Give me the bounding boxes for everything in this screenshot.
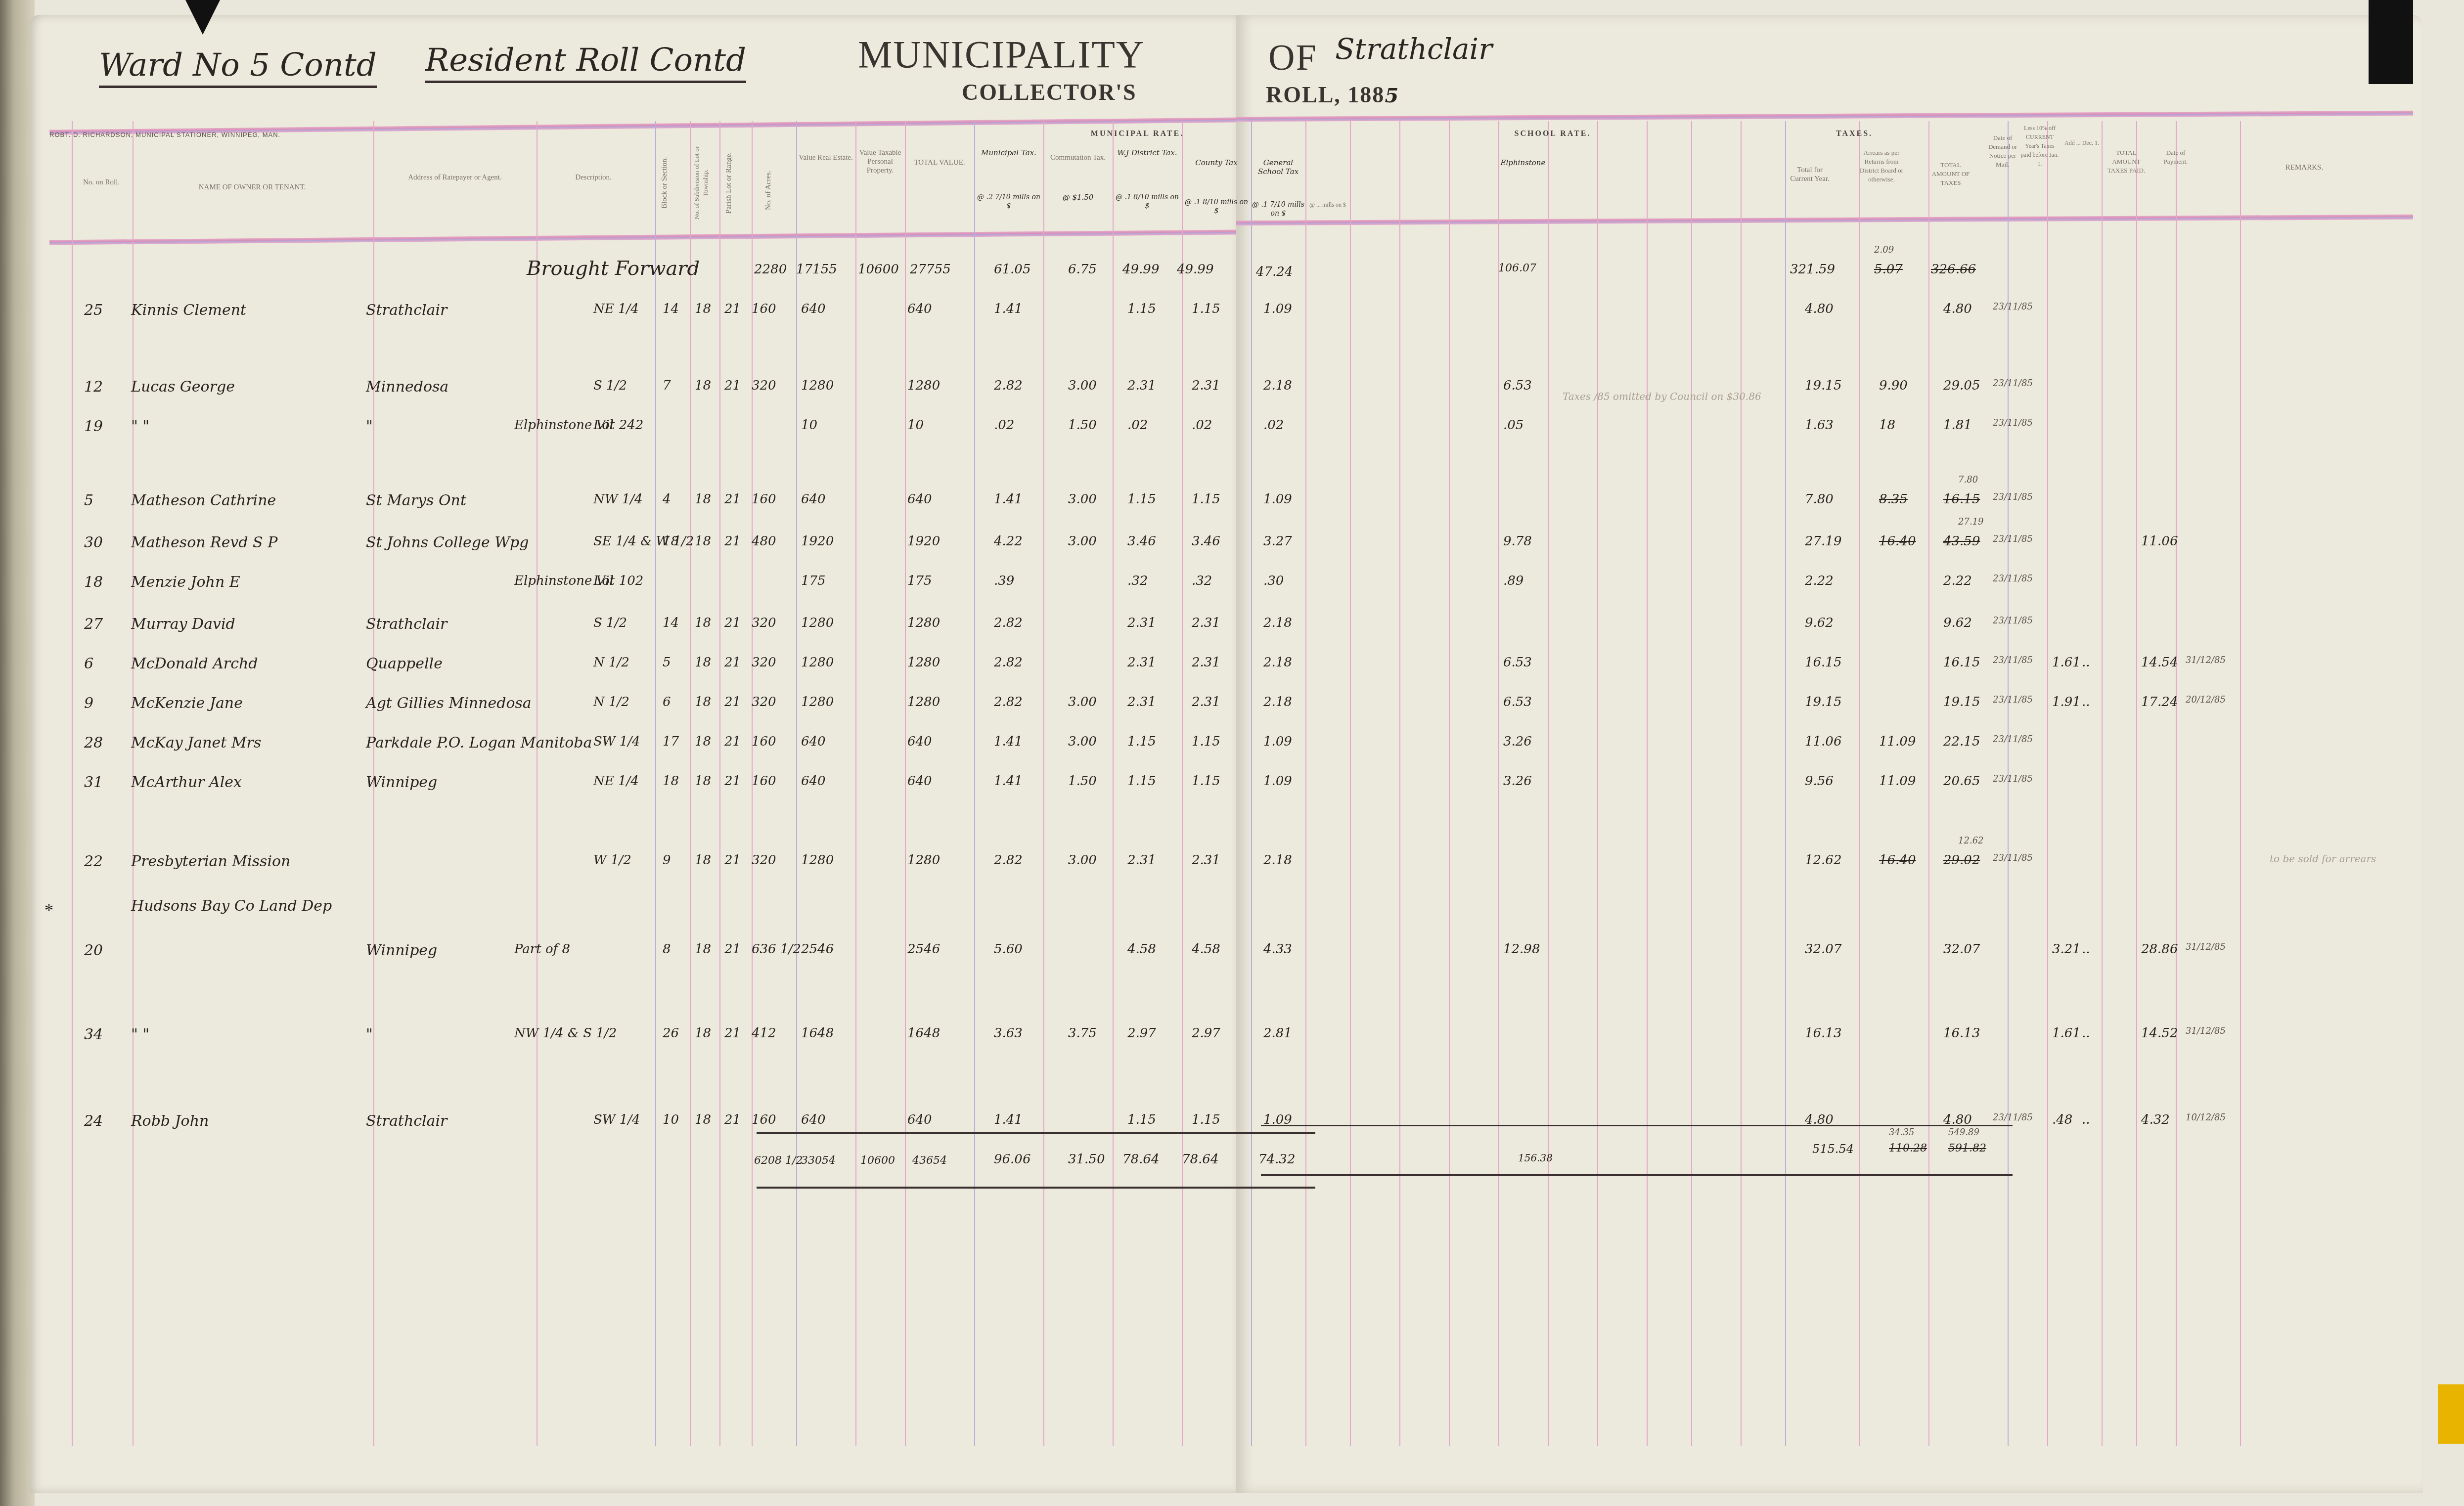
- acres: 320: [752, 655, 776, 670]
- row-number: 6: [84, 655, 93, 672]
- subdivision: 14: [663, 616, 679, 630]
- district-tax: 1.15: [1127, 734, 1156, 749]
- header-municipal-tax-rate: @ .2 7/10 mills on $: [977, 193, 1041, 211]
- header-municipal-rate: MUNICIPAL RATE.: [1038, 130, 1236, 138]
- less-ten-percent: 1.91: [2052, 695, 2081, 709]
- col-line: [72, 121, 73, 1446]
- address: ": [366, 418, 373, 435]
- acres: 636 1/2: [752, 942, 801, 957]
- row-number: 34: [84, 1026, 103, 1043]
- row-number: 12: [84, 378, 103, 396]
- value-real: 175: [801, 574, 826, 588]
- total-current-year: 19.15: [1805, 695, 1841, 709]
- date-of-payment: 20/12/85: [2186, 695, 2226, 705]
- owner-name: McKenzie Jane: [131, 695, 243, 712]
- col-line: [905, 121, 906, 1446]
- address: St Marys Ont: [366, 492, 466, 509]
- col-line: [1350, 121, 1351, 1446]
- district-tax: .02: [1127, 418, 1148, 433]
- row-number: 19: [84, 418, 103, 435]
- value-real: 640: [801, 492, 826, 507]
- owner-name: McDonald Archd: [131, 655, 258, 672]
- county-tax: 2.97: [1192, 1026, 1220, 1041]
- municipal-tax: 2.82: [994, 378, 1023, 393]
- total-amount-correction: 12.62: [1958, 836, 1984, 846]
- total-value-personal: 10600: [860, 1154, 895, 1167]
- header-less-10: Less 10% off CURRENT Year's Taxes paid b…: [2020, 124, 2060, 168]
- municipal-tax: 5.60: [994, 942, 1023, 957]
- range: 21: [724, 1026, 741, 1041]
- commutation-tax: 3.00: [1068, 378, 1097, 393]
- total-current-year: 12.62: [1805, 853, 1841, 868]
- row-number: 20: [84, 942, 103, 959]
- range: 21: [724, 942, 741, 957]
- block: NE 1/4: [593, 774, 639, 789]
- total-current-year: 9.62: [1805, 616, 1834, 630]
- general-school-tax: 2.81: [1263, 1026, 1292, 1041]
- municipal-tax: 4.22: [994, 534, 1023, 549]
- col-line: [2047, 121, 2048, 1446]
- taxes-paid: 14.52: [2141, 1026, 2178, 1041]
- general-school-tax: 2.18: [1263, 695, 1292, 709]
- general-school-tax: 2.18: [1263, 655, 1292, 670]
- total-amount-taxes: 9.62: [1943, 616, 1972, 630]
- col-line: [1305, 121, 1306, 1446]
- county-tax: 4.58: [1192, 942, 1220, 957]
- total-amount-taxes: 43.59: [1943, 534, 1980, 549]
- taxes-paid: 14.54: [2141, 655, 2178, 670]
- of-label: OF: [1268, 37, 1317, 79]
- block: Lot 242: [593, 418, 643, 433]
- header-district-tax: W.J District Tax.: [1115, 148, 1179, 157]
- address: ": [366, 1026, 373, 1043]
- total-current-year: 11.06: [1805, 734, 1841, 749]
- municipal-tax: 1.41: [994, 774, 1023, 789]
- address: Quappelle: [366, 655, 443, 672]
- subdivision: 4: [663, 492, 671, 507]
- value-real: 640: [801, 734, 826, 749]
- row-number: 30: [84, 534, 103, 551]
- total-value: 640: [907, 492, 932, 507]
- value-real: 640: [801, 302, 826, 316]
- county-tax: 2.31: [1192, 853, 1220, 868]
- col-line: [2136, 121, 2137, 1446]
- remarks: to be sold for arrears: [2270, 853, 2376, 865]
- parish: 18: [695, 734, 711, 749]
- header-mills-on: @ ... mills on $: [1305, 200, 1350, 209]
- district-tax: 3.46: [1127, 534, 1156, 549]
- header-total-value: TOTAL VALUE.: [910, 158, 969, 167]
- total-elphinstone: 156.38: [1518, 1152, 1553, 1164]
- range: 21: [724, 853, 741, 868]
- range: 21: [724, 302, 741, 316]
- parish: 18: [695, 378, 711, 393]
- date-of-demand: 23/11/85: [1993, 616, 2033, 626]
- col-line: [1691, 121, 1692, 1446]
- district-tax: 2.97: [1127, 1026, 1156, 1041]
- county-tax: 2.31: [1192, 655, 1220, 670]
- total-value: 640: [907, 1112, 932, 1127]
- total-value: 1280: [907, 695, 940, 709]
- total-arrears-correction: 34.35: [1889, 1127, 1915, 1138]
- add-column: ..: [2082, 1112, 2090, 1127]
- block: Lot 102: [593, 574, 643, 588]
- date-of-demand: 23/11/85: [1993, 695, 2033, 705]
- owner-name: Murray David: [131, 616, 235, 633]
- col-line: [1647, 121, 1648, 1446]
- col-line: [1548, 121, 1549, 1446]
- arrears: 16.40: [1879, 853, 1916, 868]
- range: 21: [724, 655, 741, 670]
- col-line: [1859, 121, 1860, 1446]
- total-commutation-tax: 31.50: [1068, 1152, 1105, 1167]
- county-tax: 3.46: [1192, 534, 1220, 549]
- total-value: 1280: [907, 378, 940, 393]
- range: 21: [724, 616, 741, 630]
- less-ten-percent: 1.61: [2052, 655, 2081, 670]
- binder-clip-right: [2369, 0, 2413, 84]
- value-real: 640: [801, 1112, 826, 1127]
- address: Agt Gillies Minnedosa: [366, 695, 532, 712]
- header-school-rate: SCHOOL RATE.: [1454, 130, 1652, 138]
- subdivision: 7: [663, 378, 671, 393]
- acres: 320: [752, 695, 776, 709]
- district-tax: 1.15: [1127, 492, 1156, 507]
- header-taxes: TAXES.: [1790, 130, 1919, 138]
- header-municipal-tax: Municipal Tax.: [977, 148, 1041, 157]
- header-no-on-roll: No. on Roll.: [82, 178, 121, 187]
- county-tax: 2.31: [1192, 616, 1220, 630]
- subdivision: 8: [663, 942, 671, 957]
- row-number: 24: [84, 1112, 103, 1130]
- total-amount-taxes: 16.15: [1943, 655, 1980, 670]
- total-amount-taxes: 2.22: [1943, 574, 1972, 588]
- block: SW 1/4: [593, 1112, 640, 1127]
- address: St Johns College Wpg: [366, 534, 529, 551]
- value-real: 1280: [801, 655, 834, 670]
- row-number: 9: [84, 695, 93, 712]
- owner-name: Matheson Cathrine: [131, 492, 276, 509]
- total-acres: 6208 1/2: [754, 1154, 803, 1167]
- range: 21: [724, 734, 741, 749]
- total-value-real: 33054: [801, 1154, 836, 1167]
- municipal-tax: 3.63: [994, 1026, 1023, 1041]
- row-number: 25: [84, 302, 103, 319]
- taxes-paid: 17.24: [2141, 695, 2178, 709]
- address: Parkdale P.O. Logan Manitoba: [366, 734, 592, 752]
- municipal-tax: 2.82: [994, 853, 1023, 868]
- totals-rule-bottom: [757, 1187, 1315, 1189]
- county-tax: 1.15: [1192, 734, 1220, 749]
- commutation-tax: 3.00: [1068, 734, 1097, 749]
- general-school-tax: 4.33: [1263, 942, 1292, 957]
- col-line: [2176, 121, 2177, 1446]
- description: Part of 8: [514, 942, 570, 957]
- total-value: 640: [907, 774, 932, 789]
- county-tax: 1.15: [1192, 1112, 1220, 1127]
- totals-rule-top-right: [1261, 1125, 2013, 1126]
- general-school-tax: 2.18: [1263, 378, 1292, 393]
- less-ten-percent: 3.21: [2052, 942, 2081, 957]
- col-line: [719, 121, 720, 1446]
- commutation-tax: 3.75: [1068, 1026, 1097, 1041]
- owner-name: Kinnis Clement: [131, 302, 246, 319]
- acres: 320: [752, 378, 776, 393]
- municipal-tax: 2.82: [994, 695, 1023, 709]
- general-school-tax: 1.09: [1263, 492, 1292, 507]
- bf-total-value: 27755: [910, 262, 951, 277]
- col-line: [1113, 121, 1114, 1446]
- municipal-tax: 2.82: [994, 655, 1023, 670]
- total-current-year: 2.22: [1805, 574, 1834, 588]
- owner-name: Robb John: [131, 1112, 209, 1130]
- row-number: 5: [84, 492, 93, 509]
- subdivision: 5: [663, 655, 671, 670]
- arrears: 16.40: [1879, 534, 1916, 549]
- total-amount-taxes: 29.02: [1943, 853, 1980, 868]
- address: Strathclair: [366, 1112, 447, 1130]
- district-tax: 1.15: [1127, 1112, 1156, 1127]
- district-tax: .32: [1127, 574, 1148, 588]
- col-line: [2240, 121, 2241, 1446]
- total-amount-taxes: 20.65: [1943, 774, 1980, 789]
- total-district-tax: 78.64: [1122, 1152, 1159, 1167]
- bf-total-amount-taxes: 326.66: [1931, 262, 1976, 277]
- bf-arrears-correction: 2.09: [1874, 245, 1894, 255]
- taxes-paid: 4.32: [2141, 1112, 2170, 1127]
- date-of-payment: 31/12/85: [2186, 1026, 2226, 1036]
- range: 21: [724, 774, 741, 789]
- county-tax: 2.31: [1192, 695, 1220, 709]
- total-value: 1648: [907, 1026, 940, 1041]
- roll-label: ROLL, 1885: [1266, 82, 1399, 108]
- date-of-demand: 23/11/85: [1993, 655, 2033, 665]
- parish: 18: [695, 942, 711, 957]
- header-remarks: REMARKS.: [2265, 163, 2344, 172]
- acres: 160: [752, 774, 776, 789]
- address: Strathclair: [366, 616, 447, 633]
- owner-name: " ": [131, 1026, 149, 1043]
- total-value: 1280: [907, 616, 940, 630]
- total-amount-taxes: 19.15: [1943, 695, 1980, 709]
- col-line: [1251, 121, 1252, 1446]
- elphinstone: 3.26: [1503, 774, 1532, 789]
- general-school-tax: .30: [1263, 574, 1284, 588]
- total-amount-taxes: 16.15: [1943, 492, 1980, 507]
- county-tax: 1.15: [1192, 774, 1220, 789]
- header-name: NAME OF OWNER OR TENANT.: [148, 183, 356, 192]
- block: NE 1/4: [593, 302, 639, 316]
- header-date-of-demand: Date of Demand or Notice per Mail.: [1988, 133, 2017, 169]
- bf-total-current-year: 321.59: [1790, 262, 1835, 277]
- header-total-current-year: Total for Current Year.: [1788, 166, 1832, 183]
- parish: 18: [695, 1026, 711, 1041]
- address: Strathclair: [366, 302, 447, 319]
- date-of-payment: 31/12/85: [2186, 942, 2226, 952]
- total-current-year: 16.15: [1805, 655, 1841, 670]
- description: NW 1/4 & S 1/2: [514, 1026, 617, 1041]
- range: 21: [724, 492, 741, 507]
- yellow-tab: [2438, 1384, 2464, 1444]
- acres: 160: [752, 492, 776, 507]
- district-tax: 2.31: [1127, 853, 1156, 868]
- total-amount-taxes: 16.13: [1943, 1026, 1980, 1041]
- arrears: 11.09: [1879, 774, 1916, 789]
- district-tax: 2.31: [1127, 655, 1156, 670]
- header-commutation-tax-rate: @ $1.50: [1046, 193, 1110, 202]
- total-amount-taxes: 591.82: [1948, 1142, 1986, 1154]
- range: 21: [724, 695, 741, 709]
- col-line: [1741, 121, 1742, 1446]
- bf-commutation-tax: 6.75: [1068, 262, 1097, 277]
- acres: 480: [752, 534, 776, 549]
- acres: 320: [752, 853, 776, 868]
- parish: 18: [695, 492, 711, 507]
- header-commutation-tax: Commutation Tax.: [1046, 153, 1110, 162]
- elphinstone: 6.53: [1503, 695, 1532, 709]
- bf-value-real: 17155: [796, 262, 837, 277]
- municipal-tax: .02: [994, 418, 1014, 433]
- header-date-of-payment: Date of Payment.: [2161, 148, 2191, 166]
- total-current-year: 515.54: [1812, 1142, 1854, 1156]
- district-tax: 2.31: [1127, 378, 1156, 393]
- subdivision: 26: [663, 1026, 679, 1041]
- parish: 18: [695, 534, 711, 549]
- municipal-tax: .39: [994, 574, 1014, 588]
- owner-name: Menzie John E: [131, 574, 240, 591]
- total-amount-taxes: 29.05: [1943, 378, 1980, 393]
- commutation-tax: 3.00: [1068, 492, 1097, 507]
- value-real: 1648: [801, 1026, 834, 1041]
- owner-name: Lucas George: [131, 378, 235, 396]
- bf-elphinstone: 106.07: [1498, 262, 1536, 274]
- address: Winnipeg: [366, 942, 437, 959]
- total-municipal-tax: 96.06: [994, 1152, 1030, 1167]
- date-of-payment: 31/12/85: [2186, 655, 2226, 665]
- total-amount-taxes: 22.15: [1943, 734, 1980, 749]
- header-description: Description.: [544, 173, 643, 182]
- commutation-tax: 3.00: [1068, 853, 1097, 868]
- header-total-taxes-paid: TOTAL AMOUNT TAXES PAID.: [2104, 148, 2149, 175]
- total-value: 1280: [907, 853, 940, 868]
- parish: 18: [695, 695, 711, 709]
- general-school-tax: 2.18: [1263, 853, 1292, 868]
- stationer-imprint: ROBT. D. RICHARDSON, MUNICIPAL STATIONER…: [49, 131, 280, 138]
- arrears: 18: [1879, 418, 1895, 433]
- total-current-year: 4.80: [1805, 302, 1834, 316]
- owner-name: Hudsons Bay Co Land Dep: [131, 897, 332, 915]
- elphinstone: 6.53: [1503, 655, 1532, 670]
- value-real: 1280: [801, 616, 834, 630]
- district-tax: 1.15: [1127, 302, 1156, 316]
- subdivision: 18: [663, 534, 679, 549]
- header-address: Address of Ratepayer or Agent.: [381, 173, 529, 182]
- block: N 1/2: [593, 655, 629, 670]
- col-line: [1597, 121, 1598, 1446]
- col-line: [1498, 121, 1499, 1446]
- taxes-paid: 28.86: [2141, 942, 2178, 957]
- subdivision: 10: [663, 1112, 679, 1127]
- date-of-demand: 23/11/85: [1993, 378, 2033, 389]
- header-parish-lot: Parish Lot or Range.: [724, 141, 733, 225]
- address: Winnipeg: [366, 774, 437, 791]
- col-line: [2102, 121, 2103, 1446]
- elphinstone: 6.53: [1503, 378, 1532, 393]
- subdivision: 14: [663, 302, 679, 316]
- owner-name: Matheson Revd S P: [131, 534, 277, 551]
- district-tax: 1.15: [1127, 774, 1156, 789]
- roll-label-text: ROLL, 188: [1266, 82, 1385, 107]
- municipal-tax: 1.41: [994, 1112, 1023, 1127]
- owner-name: McKay Janet Mrs: [131, 734, 261, 752]
- arrears: 11.09: [1879, 734, 1916, 749]
- col-line: [1399, 121, 1400, 1446]
- date-of-demand: 23/11/85: [1993, 1112, 2033, 1123]
- general-school-tax: 1.09: [1263, 734, 1292, 749]
- total-general-school-tax: 74.32: [1258, 1152, 1295, 1167]
- right-page: [1236, 15, 2423, 1493]
- total-value: 1280: [907, 655, 940, 670]
- add-column: ..: [2082, 1026, 2090, 1041]
- date-of-demand: 23/11/85: [1993, 534, 2033, 544]
- value-real: 1280: [801, 853, 834, 868]
- col-line: [1182, 121, 1183, 1446]
- municipal-tax: 1.41: [994, 302, 1023, 316]
- elphinstone: .89: [1503, 574, 1523, 588]
- parish: 18: [695, 616, 711, 630]
- col-line: [796, 121, 797, 1446]
- parish: 18: [695, 302, 711, 316]
- faint-note-lucas: Taxes /85 omitted by Council on $30.86: [1563, 391, 1761, 402]
- col-line: [1785, 121, 1786, 1446]
- owner-name: McArthur Alex: [131, 774, 242, 791]
- date-of-demand: 23/11/85: [1993, 492, 2033, 502]
- row-number: 22: [84, 853, 103, 870]
- municipal-tax: 2.82: [994, 616, 1023, 630]
- acres: 160: [752, 1112, 776, 1127]
- roll-year-suffix: 5: [1385, 84, 1399, 107]
- subdivision: 17: [663, 734, 679, 749]
- range: 21: [724, 534, 741, 549]
- block: NW 1/4: [593, 492, 643, 507]
- bf-municipal-tax: 61.05: [994, 262, 1030, 277]
- owner-name: " ": [131, 418, 149, 435]
- header-elphinstone: Elphinstone: [1498, 158, 1548, 167]
- col-line: [690, 121, 691, 1446]
- header-acres: No. of Acres.: [764, 158, 773, 222]
- header-add-column: Add ... Dec. 1.: [2064, 138, 2099, 147]
- col-line: [1449, 121, 1450, 1446]
- commutation-tax: 3.00: [1068, 534, 1097, 549]
- bf-arrears: 5.07: [1874, 262, 1903, 277]
- roll-type-title: Resident Roll Contd: [425, 42, 746, 83]
- bf-county-tax: 49.99: [1177, 262, 1213, 277]
- col-line: [1928, 121, 1929, 1446]
- acres: 160: [752, 734, 776, 749]
- date-of-demand: 23/11/85: [1993, 302, 2033, 312]
- add-column: ..: [2082, 695, 2090, 709]
- total-current-year: 1.63: [1805, 418, 1834, 433]
- block: S 1/2: [593, 378, 627, 393]
- municipality-label: MUNICIPALITY: [858, 32, 1145, 77]
- total-value: 2546: [907, 942, 940, 957]
- col-line: [655, 121, 656, 1446]
- parish: 18: [695, 853, 711, 868]
- totals-rule-top: [757, 1132, 1315, 1134]
- county-tax: .32: [1192, 574, 1212, 588]
- commutation-tax: 3.00: [1068, 695, 1097, 709]
- header-county-tax-rate: @ .1 8/10 mills on $: [1184, 198, 1249, 216]
